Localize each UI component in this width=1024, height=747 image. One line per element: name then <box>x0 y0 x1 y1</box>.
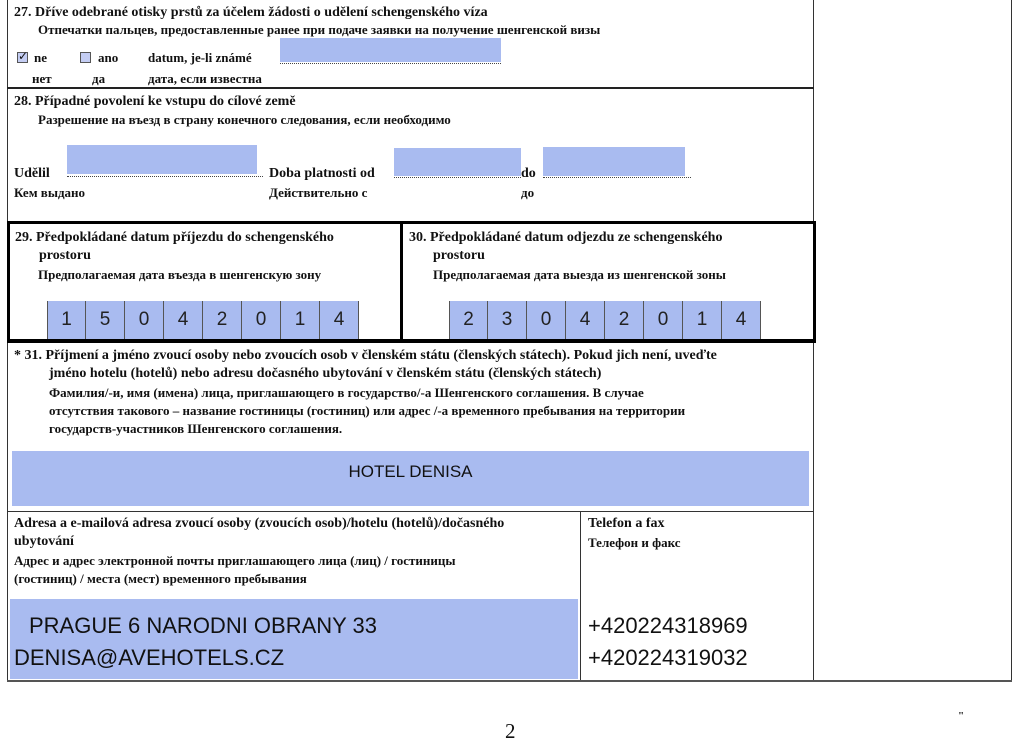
option-no-label: ne <box>34 50 47 66</box>
valid-to-underline <box>543 177 691 178</box>
fingerprint-date-input[interactable] <box>280 38 501 62</box>
departure-date-digit[interactable]: 3 <box>488 301 527 339</box>
fingerprints-no-checkbox[interactable] <box>17 52 28 63</box>
box-29-30-bottom <box>7 339 816 343</box>
address-value-line1: PRAGUE 6 NARODNI OBRANY 33 <box>29 613 377 639</box>
section-27-title: 27. Dříve odebrané otisky prstů za účele… <box>14 5 488 21</box>
page-number: 2 <box>505 719 516 744</box>
departure-date-input[interactable]: 2 3 0 4 2 0 1 4 <box>449 301 761 339</box>
departure-date-digit[interactable]: 2 <box>449 301 488 339</box>
valid-from-label: Doba platnosti od <box>269 166 375 182</box>
address-label: Adresa a e-mailová adresa zvoucí osoby (… <box>14 516 504 532</box>
departure-date-digit[interactable]: 4 <box>566 301 605 339</box>
issued-by-label: Udělil <box>14 166 50 182</box>
phone-value-line1[interactable]: +420224318969 <box>588 613 748 639</box>
issued-by-underline <box>67 176 263 177</box>
valid-to-input[interactable] <box>543 147 685 176</box>
section-28-subtitle: Разрешение на въезд в страну конечного с… <box>38 112 451 128</box>
issued-by-input[interactable] <box>67 145 257 174</box>
section-29-title: 29. Předpokládané datum příjezdu do sche… <box>15 230 334 246</box>
valid-from-input[interactable] <box>394 148 521 176</box>
arrival-date-digit[interactable]: 4 <box>164 301 203 339</box>
departure-date-digit[interactable]: 1 <box>683 301 722 339</box>
arrival-date-digit[interactable]: 1 <box>47 301 86 339</box>
right-border <box>1011 0 1012 682</box>
section-31-title: * 31. Příjmení a jméno zvoucí osoby nebo… <box>14 348 717 364</box>
option-yes-label: ano <box>98 50 118 66</box>
address-value-line2: DENISA@AVEHOTELS.CZ <box>14 645 284 671</box>
departure-date-digit[interactable]: 4 <box>722 301 761 339</box>
fingerprint-date-underline <box>280 63 501 64</box>
arrival-date-digit[interactable]: 2 <box>203 301 242 339</box>
section-31-ru-line2: отсутствия такового – название гостиницы… <box>49 403 685 419</box>
valid-from-label-ru: Действительно с <box>269 185 367 201</box>
fingerprints-yes-checkbox[interactable] <box>80 52 91 63</box>
box-29-30-middle <box>400 221 403 343</box>
departure-date-digit[interactable]: 2 <box>605 301 644 339</box>
arrival-date-digit[interactable]: 1 <box>281 301 320 339</box>
arrival-date-input[interactable]: 1 5 0 4 2 0 1 4 <box>47 301 359 339</box>
option-yes-label-ru: да <box>92 71 105 87</box>
section-31-ru-line3: государств-участников Шенгенского соглаш… <box>49 421 342 437</box>
arrival-date-digit[interactable]: 4 <box>320 301 359 339</box>
arrival-date-digit[interactable]: 0 <box>125 301 164 339</box>
date-known-label: datum, je-li známé <box>148 50 252 66</box>
valid-to-label-ru: до <box>521 185 534 201</box>
address-label-line2: ubytování <box>14 534 74 550</box>
departure-date-digit[interactable]: 0 <box>644 301 683 339</box>
section-30-subtitle: Предполагаемая дата выезда из шенгенской… <box>433 267 726 283</box>
valid-to-label: do <box>521 166 536 182</box>
phone-label: Telefon a fax <box>588 516 664 532</box>
arrival-date-digit[interactable]: 0 <box>242 301 281 339</box>
section-28-title: 28. Případné povolení ke vstupu do cílov… <box>14 94 296 110</box>
section-29-title-line2: prostoru <box>39 248 91 264</box>
section-30-title-line2: prostoru <box>433 248 485 264</box>
section-30-title: 30. Předpokládané datum odjezdu ze schen… <box>409 230 722 246</box>
departure-date-digit[interactable]: 0 <box>527 301 566 339</box>
address-input[interactable]: PRAGUE 6 NARODNI OBRANY 33 DENISA@AVEHOT… <box>10 599 578 679</box>
date-known-label-ru: дата, если известна <box>148 71 262 87</box>
address-label-ru-line2: (гостиниц) / места (мест) временного пре… <box>14 571 307 587</box>
box-29-30-right <box>813 221 816 343</box>
issued-by-label-ru: Кем выдано <box>14 185 85 201</box>
divider-27-28 <box>7 87 814 89</box>
inviting-person-hotel-input[interactable]: HOTEL DENISA <box>12 451 809 506</box>
box-29-30-top <box>7 221 816 224</box>
option-no-label-ru: нет <box>32 71 52 87</box>
phone-label-ru: Телефон и факс <box>588 535 681 551</box>
arrival-date-digit[interactable]: 5 <box>86 301 125 339</box>
divider-31-address <box>7 511 814 512</box>
section-27-subtitle: Отпечатки пальцев, предоставленные ранее… <box>38 22 600 38</box>
divider-address-phone <box>580 511 581 682</box>
box-29-30-left <box>7 221 10 343</box>
bottom-border <box>7 680 1012 682</box>
footer-mark: " <box>958 710 964 722</box>
valid-from-underline <box>394 177 521 178</box>
address-label-ru: Адрес и адрес электронной почты приглаша… <box>14 553 456 569</box>
section-31-title-line2: jméno hotelu (hotelů) nebo adresu dočasn… <box>49 366 601 382</box>
section-29-subtitle: Предполагаемая дата въезда в шенгенскую … <box>38 267 321 283</box>
section-31-ru-line1: Фамилия/-и, имя (имена) лица, приглашающ… <box>49 385 644 401</box>
phone-value-line2[interactable]: +420224319032 <box>588 645 748 671</box>
